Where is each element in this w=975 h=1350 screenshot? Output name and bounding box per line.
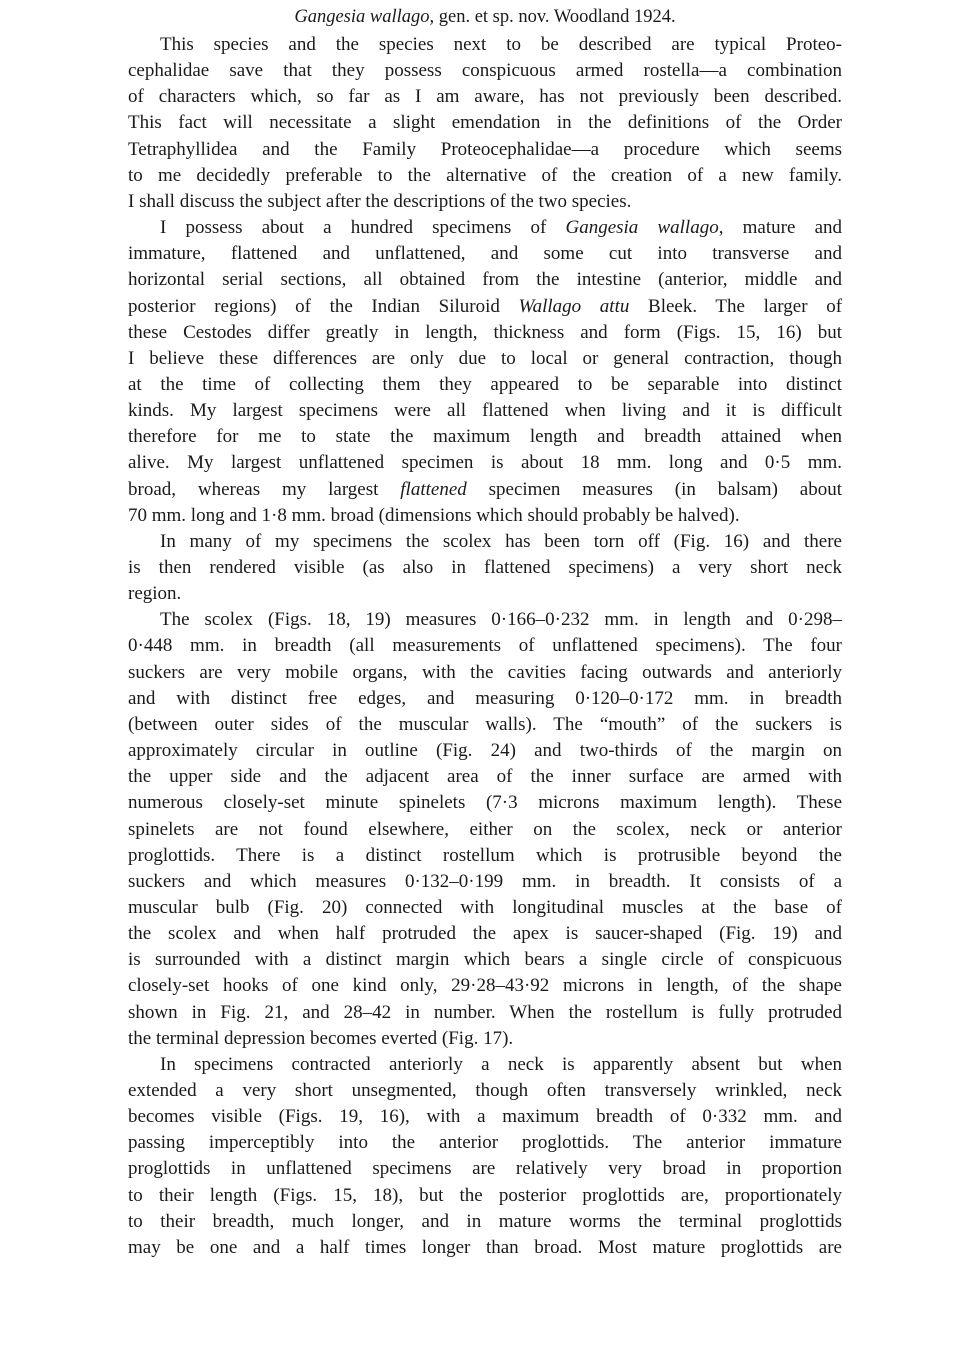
text-span: (between outer sides of the muscular wal…: [128, 714, 842, 735]
text-span: shown in Fig. 21, and 28–42 in number. W…: [128, 1002, 842, 1023]
paragraph-2-line: horizontal serial sections, all obtained…: [128, 267, 842, 293]
paragraph-5-line: In specimens contracted anteriorly a nec…: [128, 1052, 842, 1078]
text-span: I shall discuss the subject after the de…: [128, 191, 631, 212]
paragraph-5-line: to their breadth, much longer, and in ma…: [128, 1209, 842, 1235]
paragraph-4-line: is surrounded with a distinct margin whi…: [128, 947, 842, 973]
text-span: kinds. My largest specimens were all fla…: [128, 400, 842, 421]
text-span: alive. My largest unflattened specimen i…: [128, 452, 842, 473]
paragraph-4-line: suckers are very mobile organs, with the…: [128, 660, 842, 686]
paragraph-2-line: at the time of collecting them they appe…: [128, 372, 842, 398]
text-span: the scolex and when half protruded the a…: [128, 923, 842, 944]
paragraph-4-line: proglottids. There is a distinct rostell…: [128, 843, 842, 869]
text-span: is surrounded with a distinct margin whi…: [128, 949, 842, 970]
paragraph-2-line: kinds. My largest specimens were all fla…: [128, 398, 842, 424]
paragraph-4-line: and with distinct free edges, and measur…: [128, 686, 842, 712]
text-span: the upper side and the adjacent area of …: [128, 766, 842, 787]
text-span: becomes visible (Figs. 19, 16), with a m…: [128, 1106, 842, 1127]
text-span: suckers and which measures 0·132–0·199 m…: [128, 871, 842, 892]
paragraph-3-line: is then rendered visible (as also in fla…: [128, 555, 842, 581]
text-span: proglottids in unflattened specimens are…: [128, 1158, 842, 1179]
text-span: of characters which, so far as I am awar…: [128, 86, 842, 107]
paragraph-2-line: therefore for me to state the maximum le…: [128, 424, 842, 450]
paragraph-5-line: extended a very short unsegmented, thoug…: [128, 1078, 842, 1104]
paragraph-2-line: broad, whereas my largest flattened spec…: [128, 477, 842, 503]
paragraph-2-line: immature, flattened and unflattened, and…: [128, 241, 842, 267]
paragraph-1-line: This species and the species next to be …: [128, 32, 842, 58]
paragraph-4-line: the scolex and when half protruded the a…: [128, 921, 842, 947]
text-span: passing imperceptibly into the anterior …: [128, 1132, 842, 1153]
paragraph-4-line: closely-set hooks of one kind only, 29·2…: [128, 973, 842, 999]
text-span: numerous closely-set minute spinelets (7…: [128, 792, 842, 813]
section-heading: Gangesia wallago, gen. et sp. nov. Woodl…: [128, 4, 842, 30]
text-span: Tetraphyllidea and the Family Proteoceph…: [128, 139, 842, 160]
text-span: extended a very short unsegmented, thoug…: [128, 1080, 842, 1101]
text-span: horizontal serial sections, all obtained…: [128, 269, 842, 290]
paragraph-4-line: suckers and which measures 0·132–0·199 m…: [128, 869, 842, 895]
italic-term: Wallago attu: [519, 296, 630, 317]
paragraph-4-line: 0·448 mm. in breadth (all measurements o…: [128, 633, 842, 659]
paragraph-4-line: The scolex (Figs. 18, 19) measures 0·166…: [128, 607, 842, 633]
paragraph-4-line: (between outer sides of the muscular wal…: [128, 712, 842, 738]
heading-rest: , gen. et sp. nov. Woodland 1924.: [429, 7, 675, 27]
paragraph-3-line: region.: [128, 581, 842, 607]
text-span: to me decidedly preferable to the altern…: [128, 165, 842, 186]
text-span: may be one and a half times longer than …: [128, 1237, 842, 1258]
paragraph-1-line: of characters which, so far as I am awar…: [128, 84, 842, 110]
paragraph-2-line: I believe these differences are only due…: [128, 346, 842, 372]
text-span: the terminal depression becomes everted …: [128, 1028, 513, 1049]
paragraph-4-line: muscular bulb (Fig. 20) connected with l…: [128, 895, 842, 921]
paragraph-1-line: I shall discuss the subject after the de…: [128, 189, 842, 215]
text-span: immature, flattened and unflattened, and…: [128, 243, 842, 264]
text-span: to their length (Figs. 15, 18), but the …: [128, 1185, 842, 1206]
text-span: In specimens contracted anteriorly a nec…: [160, 1054, 842, 1075]
text-span: 0·448 mm. in breadth (all measurements o…: [128, 635, 842, 656]
text-span: is then rendered visible (as also in fla…: [128, 557, 842, 578]
paragraph-1-line: This fact will necessitate a slight emen…: [128, 110, 842, 136]
text-span: closely-set hooks of one kind only, 29·2…: [128, 975, 842, 996]
paragraph-1-line: to me decidedly preferable to the altern…: [128, 163, 842, 189]
paragraph-5-line: to their length (Figs. 15, 18), but the …: [128, 1183, 842, 1209]
text-span: This fact will necessitate a slight emen…: [128, 112, 842, 133]
text-span: 70 mm. long and 1·8 mm. broad (dimension…: [128, 505, 740, 526]
paragraph-5-line: proglottids in unflattened specimens are…: [128, 1156, 842, 1182]
text-span: and with distinct free edges, and measur…: [128, 688, 842, 709]
paragraph-2-line: 70 mm. long and 1·8 mm. broad (dimension…: [128, 503, 842, 529]
text-span: The scolex (Figs. 18, 19) measures 0·166…: [160, 609, 842, 630]
text-span: approximately circular in outline (Fig. …: [128, 740, 842, 761]
paragraph-4-line: the terminal depression becomes everted …: [128, 1026, 842, 1052]
text-span: proglottids. There is a distinct rostell…: [128, 845, 842, 866]
paragraph-2-line: posterior regions) of the Indian Siluroi…: [128, 294, 842, 320]
text-span: posterior regions) of the Indian Siluroi…: [128, 296, 519, 317]
text-span: to their breadth, much longer, and in ma…: [128, 1211, 842, 1232]
paragraph-1-line: cephalidae save that they possess conspi…: [128, 58, 842, 84]
italic-term: Gangesia wallago: [565, 217, 718, 238]
text-span: these Cestodes differ greatly in length,…: [128, 322, 842, 343]
text-span: I believe these differences are only due…: [128, 348, 842, 369]
text-span: therefore for me to state the maximum le…: [128, 426, 842, 447]
text-span: cephalidae save that they possess conspi…: [128, 60, 842, 81]
paragraph-4-line: spinelets are not found elsewhere, eithe…: [128, 817, 842, 843]
paragraph-5-line: may be one and a half times longer than …: [128, 1235, 842, 1261]
paragraph-2-line: I possess about a hundred specimens of G…: [128, 215, 842, 241]
paragraph-2-line: alive. My largest unflattened specimen i…: [128, 450, 842, 476]
paragraph-4-line: the upper side and the adjacent area of …: [128, 764, 842, 790]
text-span: broad, whereas my largest: [128, 479, 400, 500]
paragraph-4-line: numerous closely-set minute spinelets (7…: [128, 790, 842, 816]
text-span: muscular bulb (Fig. 20) connected with l…: [128, 897, 842, 918]
text-span: at the time of collecting them they appe…: [128, 374, 842, 395]
text-span: , mature and: [719, 217, 842, 238]
text-span: In many of my specimens the scolex has b…: [160, 531, 842, 552]
text-span: region.: [128, 583, 181, 604]
heading-species-name: Gangesia wallago: [294, 7, 429, 27]
italic-term: flattened: [400, 479, 466, 500]
paragraph-5-line: passing imperceptibly into the anterior …: [128, 1130, 842, 1156]
paragraph-4-line: shown in Fig. 21, and 28–42 in number. W…: [128, 1000, 842, 1026]
text-span: Bleek. The larger of: [629, 296, 842, 317]
paragraph-5-line: becomes visible (Figs. 19, 16), with a m…: [128, 1104, 842, 1130]
text-span: spinelets are not found elsewhere, eithe…: [128, 819, 842, 840]
paragraph-3-line: In many of my specimens the scolex has b…: [128, 529, 842, 555]
paragraph-4-line: approximately circular in outline (Fig. …: [128, 738, 842, 764]
text-span: I possess about a hundred specimens of: [160, 217, 565, 238]
paragraph-2-line: these Cestodes differ greatly in length,…: [128, 320, 842, 346]
text-span: This species and the species next to be …: [160, 34, 842, 55]
paragraph-1-line: Tetraphyllidea and the Family Proteoceph…: [128, 137, 842, 163]
text-span: suckers are very mobile organs, with the…: [128, 662, 842, 683]
text-span: specimen measures (in balsam) about: [467, 479, 842, 500]
